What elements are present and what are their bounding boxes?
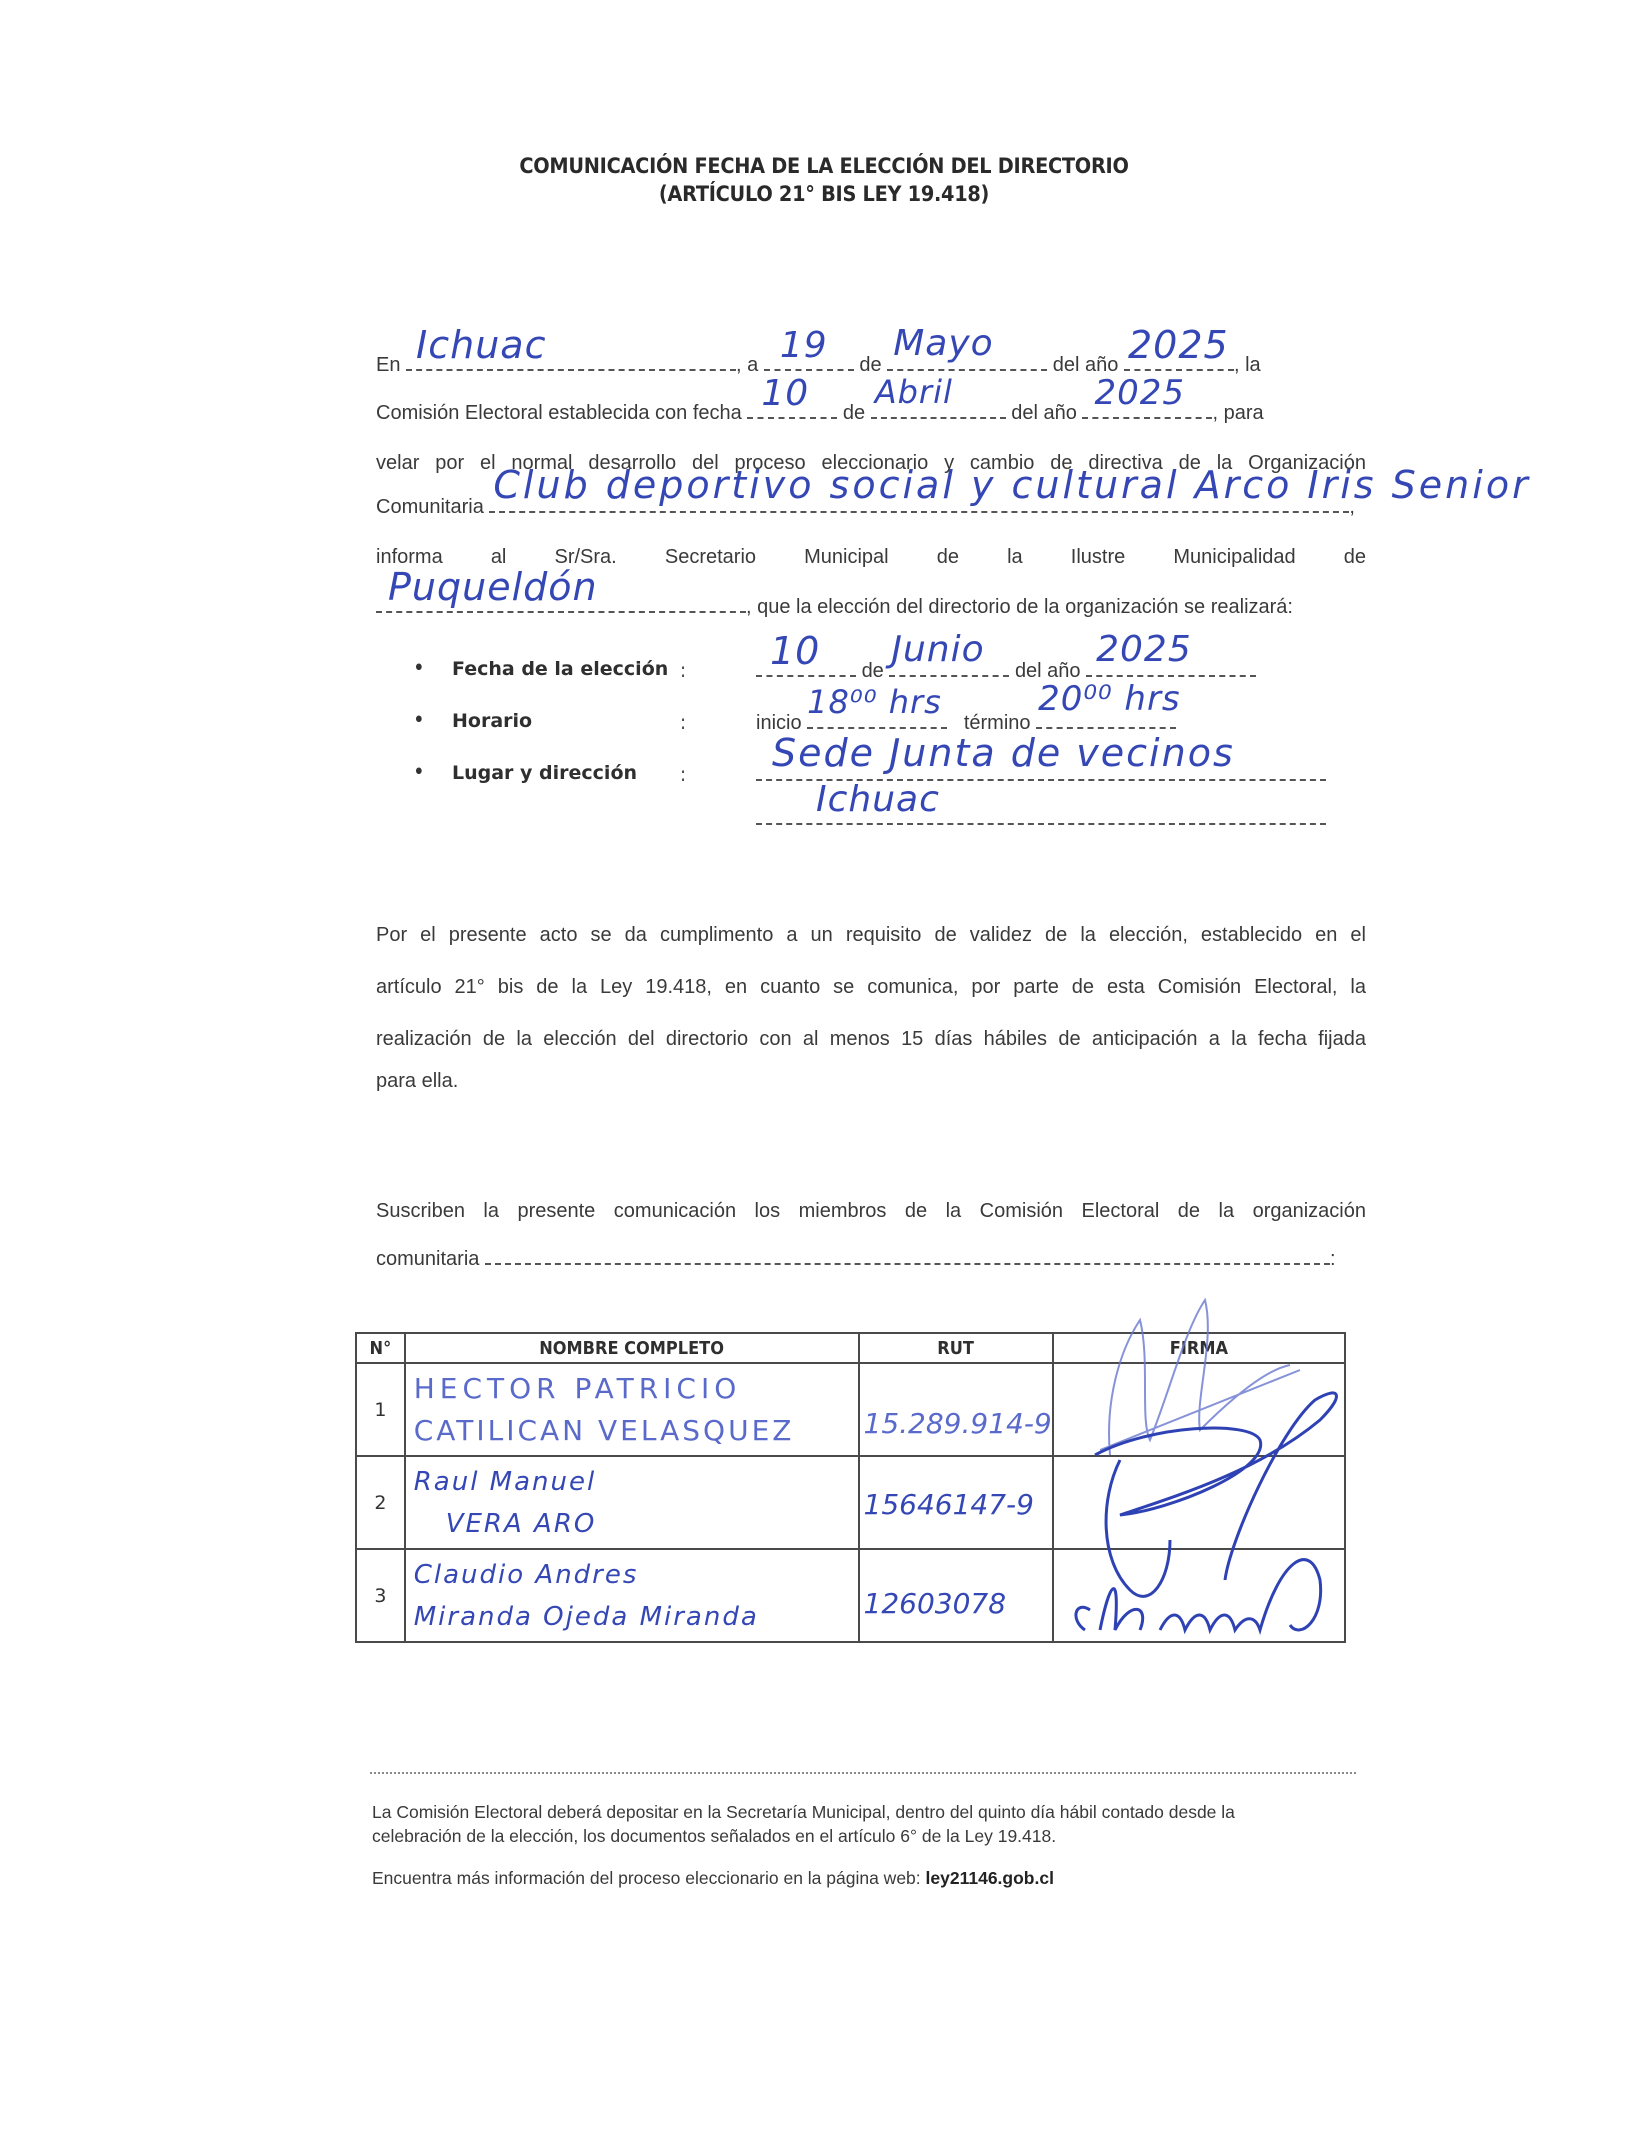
election-day-field[interactable]: 10 — [756, 675, 856, 677]
election-date-label: Fecha de la elección — [452, 658, 668, 680]
end-time-value: 20⁰⁰ hrs — [1038, 679, 1181, 719]
member-rut[interactable]: 15.289.914-9 — [859, 1363, 1053, 1456]
year-value: 2025 — [1128, 323, 1229, 367]
footer-website-link[interactable]: ley21146.gob.cl — [926, 1868, 1054, 1888]
organization-value: Club deportivo social y cultural Arco Ir… — [493, 463, 1530, 507]
commission-day-value: 10 — [761, 373, 809, 414]
word: Municipalidad — [1173, 546, 1295, 569]
header-number: N° — [356, 1333, 405, 1363]
bullet: • — [413, 708, 425, 733]
document-title-line2: (ARTÍCULO 21° BIS LEY 19.418) — [66, 182, 1582, 206]
label-la: , la — [1234, 354, 1261, 376]
footer-note: La Comisión Electoral deberá depositar e… — [372, 1800, 1367, 1848]
table-row: 2 Raul Manuel VERA ARO 15646147-9 — [356, 1456, 1345, 1549]
member-name-line-2: CATILICAN VELASQUEZ — [406, 1410, 858, 1452]
colon: : — [680, 762, 686, 786]
label-comunitaria-2: comunitaria — [376, 1248, 479, 1270]
member-name-line-2: VERA ARO — [406, 1503, 858, 1545]
month-value: Mayo — [893, 323, 993, 364]
member-name-line-2: Miranda Ojeda Miranda — [406, 1596, 858, 1638]
form-line-1: En Ichuac , a 19 de Mayo del año 2025 , … — [376, 354, 1366, 377]
member-signature[interactable] — [1053, 1363, 1345, 1456]
place-line-2-value: Ichuac — [816, 779, 940, 820]
footer-note-line-2: celebración de la elección, los document… — [372, 1824, 1367, 1848]
label-de: de — [862, 660, 884, 682]
member-signature[interactable] — [1053, 1549, 1345, 1642]
word: Secretario — [665, 546, 756, 569]
member-name-line-1: HECTOR PATRICIO — [406, 1368, 858, 1410]
row-number: 2 — [356, 1456, 405, 1549]
organization-field-2[interactable] — [485, 1263, 1330, 1265]
start-time-value: 18⁰⁰ hrs — [807, 683, 942, 721]
year-field[interactable]: 2025 — [1124, 369, 1234, 371]
word: la — [1007, 546, 1023, 569]
member-rut[interactable]: 12603078 — [859, 1549, 1053, 1642]
election-year-value: 2025 — [1096, 629, 1192, 670]
election-month-field[interactable]: Junio — [889, 675, 1009, 677]
member-name[interactable]: Raul Manuel VERA ARO — [405, 1456, 859, 1549]
footer-info-text: Encuentra más información del proceso el… — [372, 1868, 921, 1888]
member-rut-value: 15.289.914-9 — [860, 1403, 1052, 1445]
word: de — [1344, 546, 1366, 569]
subscribe-line-1: Suscriben la presente comunicación los m… — [376, 1200, 1366, 1223]
label-que-la-eleccion: , que la elección del directorio de la o… — [746, 596, 1293, 618]
table-row: 1 HECTOR PATRICIO CATILICAN VELASQUEZ 15… — [356, 1363, 1345, 1456]
place-line-1-value: Sede Junta de vecinos — [772, 731, 1235, 775]
form-line-4: Comunitaria Club deportivo social y cult… — [376, 496, 1355, 519]
start-time-field[interactable]: 18⁰⁰ hrs — [807, 727, 947, 729]
label-para: , para — [1212, 402, 1263, 424]
bullet: • — [413, 656, 425, 681]
member-rut[interactable]: 15646147-9 — [859, 1456, 1053, 1549]
member-signature[interactable] — [1053, 1456, 1345, 1549]
end-time-field[interactable]: 20⁰⁰ hrs — [1036, 727, 1176, 729]
election-date-row: 10 de Junio del año 2025 — [756, 660, 1256, 683]
member-name[interactable]: Claudio Andres Miranda Ojeda Miranda — [405, 1549, 859, 1642]
day-value: 19 — [780, 325, 828, 366]
compliance-line-1: Por el presente acto se da cumplimento a… — [376, 924, 1366, 947]
election-year-field[interactable]: 2025 — [1086, 675, 1256, 677]
word: Municipal — [804, 546, 888, 569]
commission-year-field[interactable]: 2025 — [1082, 417, 1212, 419]
label-a: , a — [736, 354, 758, 376]
commission-month-field[interactable]: Abril — [871, 417, 1006, 419]
label-de-2: de — [843, 402, 865, 424]
member-rut-value: 15646147-9 — [860, 1484, 1052, 1526]
compliance-line-4: para ella. — [376, 1070, 458, 1093]
row-number: 3 — [356, 1549, 405, 1642]
compliance-line-3: realización de la elección del directori… — [376, 1028, 1366, 1051]
form-line-2: Comisión Electoral establecida con fecha… — [376, 402, 1264, 425]
subscribe-line-2: comunitaria : — [376, 1248, 1336, 1271]
row-number: 1 — [356, 1363, 405, 1456]
header-full-name: NOMBRE COMPLETO — [405, 1333, 859, 1363]
municipality-value: Puqueldón — [388, 565, 598, 609]
colon: : — [680, 658, 686, 682]
colon: : — [680, 710, 686, 734]
label-comunitaria: Comunitaria — [376, 496, 484, 518]
commission-month-value: Abril — [875, 373, 953, 411]
footer-note-line-1: La Comisión Electoral deberá depositar e… — [372, 1800, 1367, 1824]
organization-field[interactable]: Club deportivo social y cultural Arco Ir… — [489, 511, 1349, 513]
place-label: Lugar y dirección — [452, 762, 637, 784]
member-name-line-1: Raul Manuel — [406, 1461, 858, 1503]
schedule-label: Horario — [452, 710, 532, 732]
member-name[interactable]: HECTOR PATRICIO CATILICAN VELASQUEZ — [405, 1363, 859, 1456]
word: Ilustre — [1071, 546, 1125, 569]
place-row-2: Ichuac — [756, 808, 1326, 831]
document-title-line1: COMUNICACIÓN FECHA DE LA ELECCIÓN DEL DI… — [66, 154, 1582, 178]
month-field[interactable]: Mayo — [887, 369, 1047, 371]
header-rut: RUT — [859, 1333, 1053, 1363]
commission-day-field[interactable]: 10 — [747, 417, 837, 419]
word: de — [937, 546, 959, 569]
label-en: En — [376, 354, 400, 376]
footer-info: Encuentra más información del proceso el… — [372, 1866, 1054, 1890]
footer-divider — [370, 1772, 1356, 1774]
label-del-ano-2: del año — [1011, 402, 1077, 424]
table-row: 3 Claudio Andres Miranda Ojeda Miranda 1… — [356, 1549, 1345, 1642]
member-rut-value: 12603078 — [860, 1583, 1052, 1625]
place-line-2-field[interactable]: Ichuac — [756, 823, 1326, 825]
header-signature: FIRMA — [1053, 1333, 1345, 1363]
day-field[interactable]: 19 — [764, 369, 854, 371]
label-colon: : — [1330, 1248, 1336, 1270]
place-field[interactable]: Ichuac — [406, 369, 736, 371]
form-line-6: Puqueldón , que la elección del director… — [376, 596, 1293, 619]
compliance-line-2: artículo 21° bis de la Ley 19.418, en cu… — [376, 976, 1366, 999]
election-month-value: Junio — [891, 629, 984, 670]
members-table: N° NOMBRE COMPLETO RUT FIRMA 1 HECTOR PA… — [355, 1332, 1346, 1643]
election-day-value: 10 — [770, 629, 820, 673]
bullet: • — [413, 760, 425, 785]
commission-year-value: 2025 — [1094, 373, 1185, 413]
label-comision-fecha: Comisión Electoral establecida con fecha — [376, 402, 742, 424]
member-name-line-1: Claudio Andres — [406, 1554, 858, 1596]
place-value: Ichuac — [416, 323, 546, 367]
municipality-field[interactable]: Puqueldón — [376, 611, 746, 613]
